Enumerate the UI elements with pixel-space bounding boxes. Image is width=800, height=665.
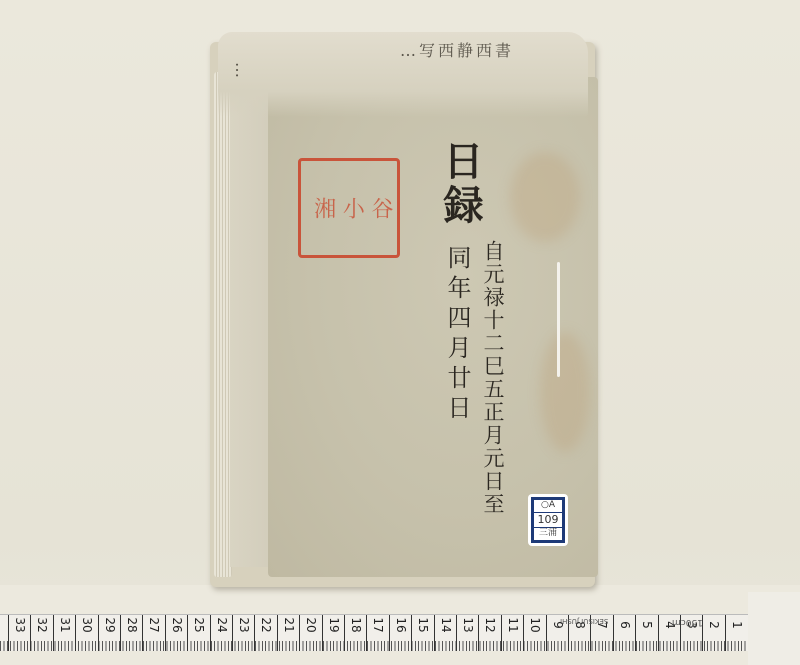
seal-char: 小 [336, 167, 363, 249]
ruler-number: 18 [349, 615, 363, 635]
ruler-cm-line [389, 615, 390, 651]
ruler-number: 26 [170, 615, 184, 635]
ruler-cm-line [411, 615, 412, 651]
ruler-number: 12 [483, 615, 497, 635]
ruler-number: 14 [439, 615, 453, 635]
ruler-cm-line [187, 615, 188, 651]
ruler-number: 10 [528, 615, 542, 635]
measuring-ruler: 3332313029282726252423222120191817161514… [0, 614, 748, 651]
ruler-number: 21 [282, 615, 296, 635]
date-range-start: 自元禄十二巳五正月元日至 [478, 240, 508, 516]
ruler-number: 16 [394, 615, 408, 635]
left-margin-text: … [232, 62, 251, 482]
ruler-number: 30 [80, 615, 94, 635]
label-line-2: 109 [534, 513, 562, 527]
ruler-number: 32 [35, 615, 49, 635]
ruler-number: 17 [371, 615, 385, 635]
ruler-brand: SEKISUI JUSHI [560, 617, 608, 625]
ruler-cm-line [277, 615, 278, 651]
ruler-number: 2 [707, 615, 721, 635]
seal-char: 谷 [364, 167, 391, 249]
ruler-cm-line [523, 615, 524, 651]
ruler-cm-line [366, 615, 367, 651]
ruler-number: 15 [416, 615, 430, 635]
date-range-end: 同年四月廿日 [440, 245, 475, 425]
ruler-cm-line [613, 615, 614, 651]
ruler-number: 20 [304, 615, 318, 635]
ruler-cm-line [232, 615, 233, 651]
ruler-number: 31 [58, 615, 72, 635]
ruler-number: 25 [192, 615, 206, 635]
ruler-number: 29 [103, 615, 117, 635]
seal-char: 湘 [307, 167, 334, 249]
ruler-number: 23 [237, 615, 251, 635]
ruler-cm-line [658, 615, 659, 651]
label-line-3: 三浦 [534, 528, 562, 540]
ruler-cm-line [75, 615, 76, 651]
ruler-cm-line [30, 615, 31, 651]
ruler-end-area [748, 592, 800, 665]
top-margin-text: …写西静西書 [400, 38, 514, 61]
ruler-cm-line [254, 615, 255, 651]
ruler-number: 6 [618, 615, 632, 635]
ruler-number: 5 [640, 615, 654, 635]
ruler-number: 11 [506, 615, 520, 635]
ruler-cm-line [344, 615, 345, 651]
ruler-number: 22 [259, 615, 273, 635]
ruler-cm-line [98, 615, 99, 651]
label-line-1: ○A [534, 500, 562, 513]
ruler-cm-line [434, 615, 435, 651]
ruler-cm-line [210, 615, 211, 651]
ruler-number: 19 [327, 615, 341, 635]
ruler-cm-line [456, 615, 457, 651]
ruler-cm-line [725, 615, 726, 651]
ruler-cm-line [478, 615, 479, 651]
ruler-cm-line [299, 615, 300, 651]
binding-thread [557, 262, 560, 377]
ruler-number: 33 [13, 615, 27, 635]
ruler-cm-line [142, 615, 143, 651]
ruler-cm-line [635, 615, 636, 651]
ruler-cm-line [8, 615, 9, 651]
ruler-model: 150cm [672, 617, 703, 627]
shelf-label: ○A 109 三浦 [528, 494, 568, 546]
stain [540, 332, 590, 452]
ruler-cm-line [322, 615, 323, 651]
stain [510, 152, 580, 242]
book-title: 日録 [432, 140, 489, 228]
ruler-cm-line [53, 615, 54, 651]
ruler-number: 24 [215, 615, 229, 635]
ruler-cm-line [120, 615, 121, 651]
red-seal-stamp: 湘 小 谷 [298, 158, 400, 258]
ruler-number: 28 [125, 615, 139, 635]
ruler-number: 1 [730, 615, 744, 635]
ruler-cm-line [165, 615, 166, 651]
ruler-cm-line [501, 615, 502, 651]
ruler-cm-line [546, 615, 547, 651]
ruler-number: 27 [147, 615, 161, 635]
ruler-number: 13 [461, 615, 475, 635]
